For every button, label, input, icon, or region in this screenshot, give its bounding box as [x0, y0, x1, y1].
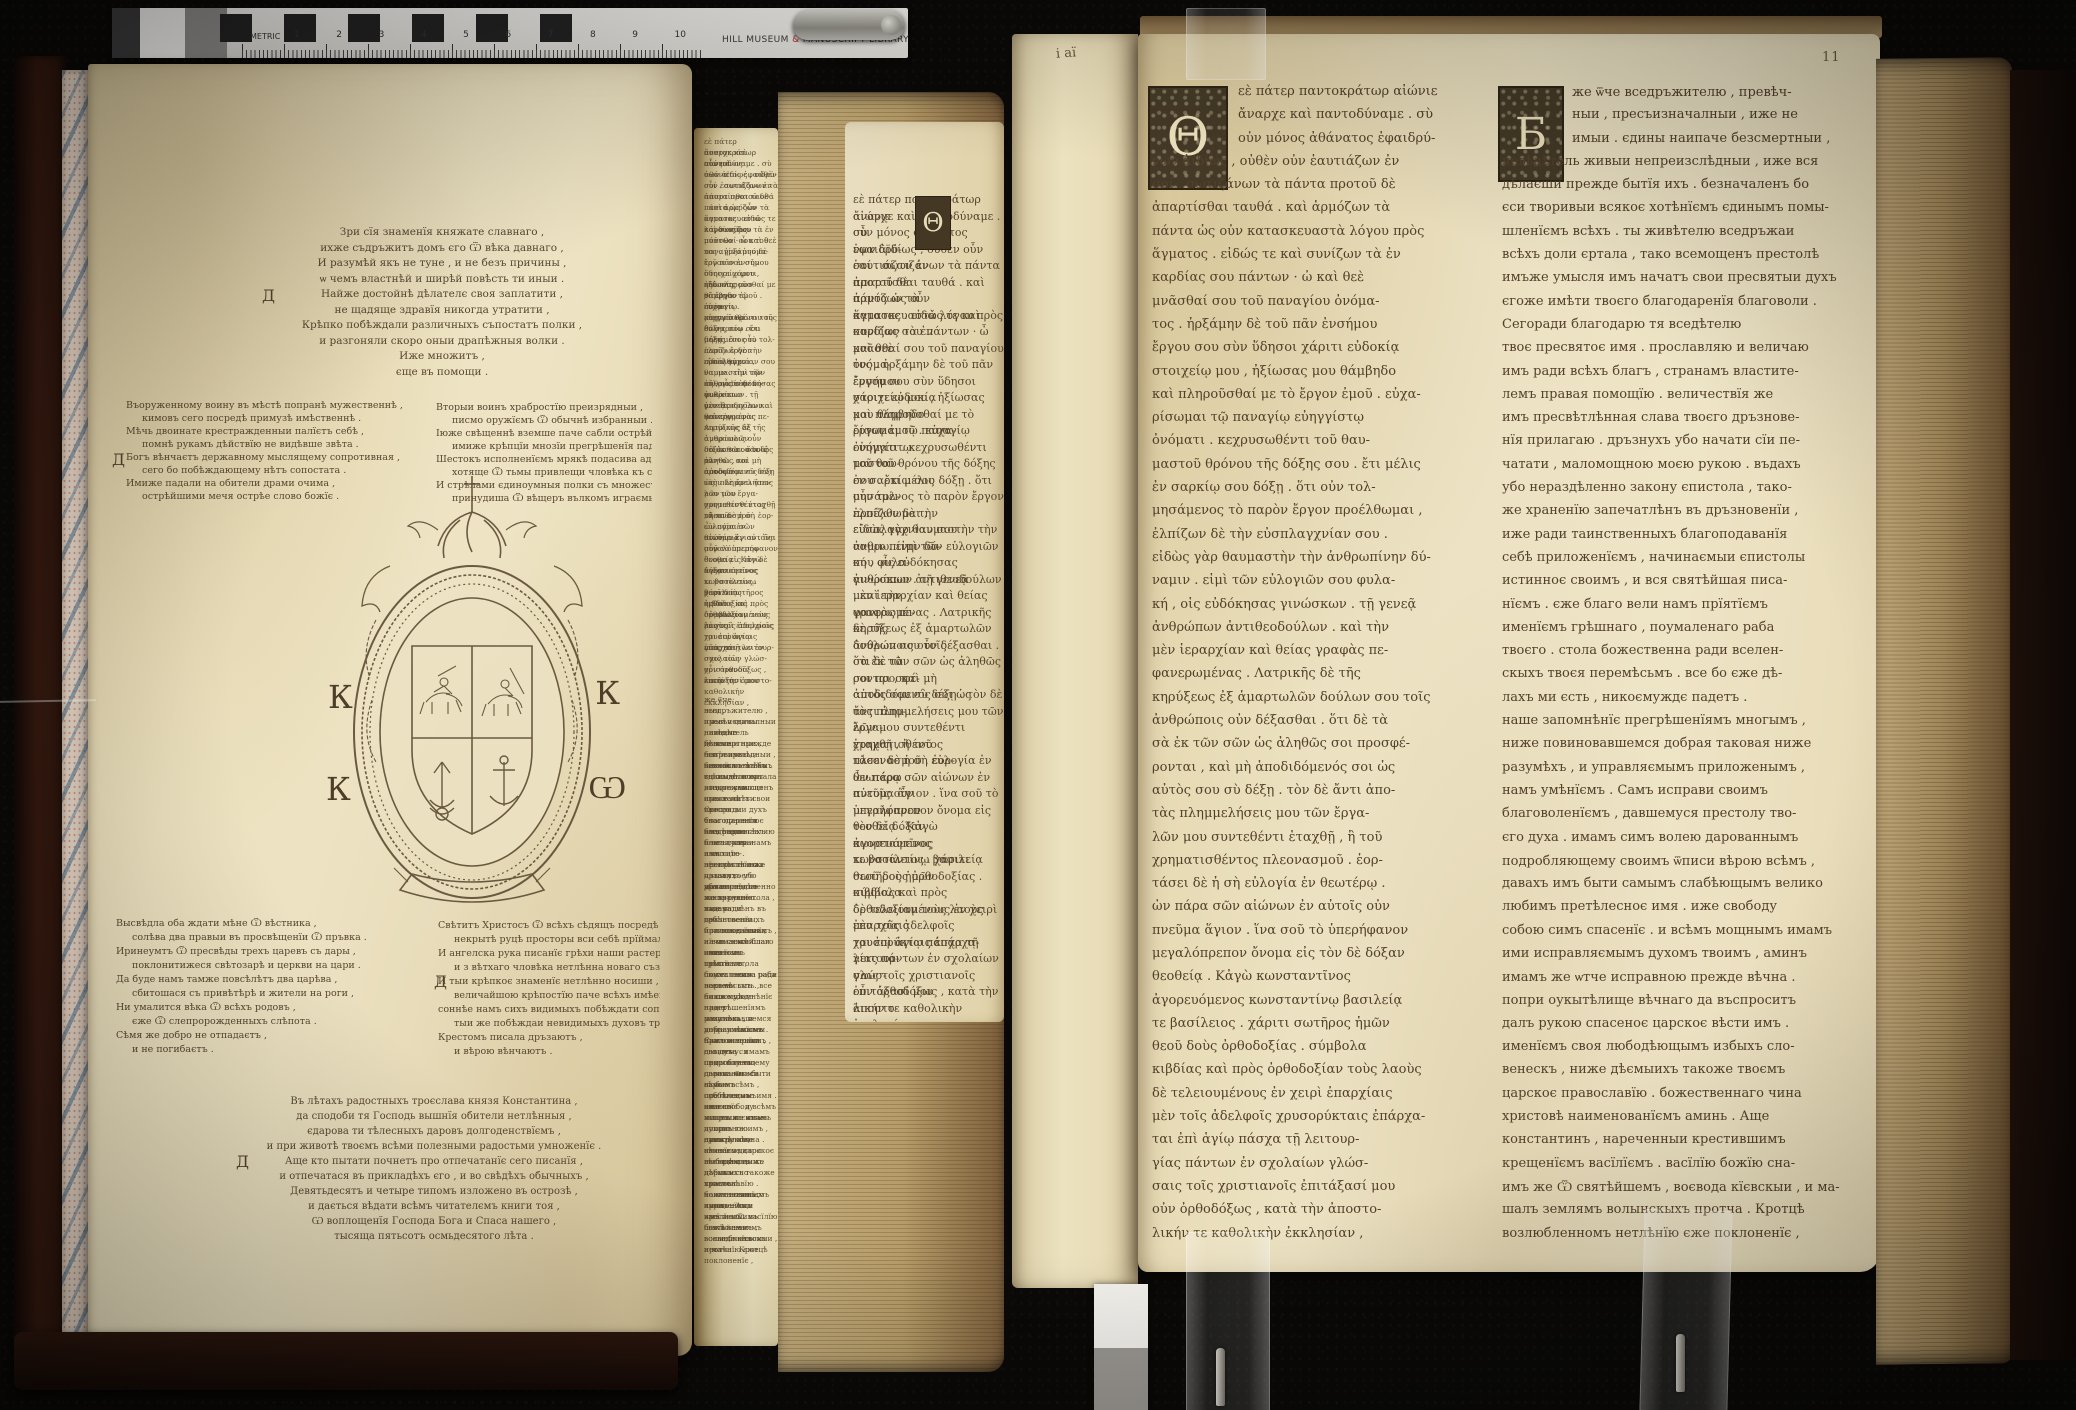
text-line: нїя прилагаю . дръзнухъ убо начати сїи п… [704, 859, 778, 870]
strap-metal-pin [1216, 1348, 1225, 1406]
text-line: λῶν μου συντεθέντι ἑταχθῇ , ἢ τοῦ [1152, 830, 1486, 853]
text-line: Въ лѣтахъ радостныхъ троєслава князя Кон… [232, 1096, 636, 1111]
text-line: Крѣпко побѣждали различныхъ съпостатъ по… [238, 319, 646, 335]
text-line: твоєго . стола божественна ради вселен- [1502, 643, 1874, 666]
text-line: поклонитижеся свѣтозарѣ и церкви на цари… [116, 960, 428, 974]
text-line: ἀνθρώποις οὖν δέξασθαι . ὅτι δὲ τὰ [704, 433, 778, 444]
text-line: μνᾶσθαί σου τοῦ παναγίου ὀνόμα- [1152, 294, 1486, 317]
text-line: тыи же побѣждаи невидимыхъ духовъ триста… [438, 1018, 660, 1032]
text-line: єдарова ти тѣлесныхъ даровъ долгоденствї… [232, 1126, 636, 1141]
text-line: и разгоняли скоро оныи драпѣжныя волки . [238, 335, 646, 351]
text-line: Да буде намъ тамже повсѣлѣтъ два царѣва … [116, 974, 428, 988]
text-line: αὐτὸς σου σὺ δέξῃ . τὸν δὲ ἄντι ἀπο- [704, 466, 778, 477]
text-line: Иринеумтъ Ѿ пресвѣды трехъ царевъ съ дар… [116, 946, 428, 960]
text-line: ἀγορευόμενος κωνσταντίνῳ βασιλείᾳ [853, 836, 1004, 853]
text-line: μνᾶσθαί σου τοῦ παναγίου ὀνόμα- [704, 235, 778, 246]
marginal-initial: Д [112, 450, 125, 469]
previous-leaf-sliver: і аї [1012, 34, 1138, 1288]
text-line: ἀπαρτίσθαι ταυθά . καὶ ἁρμόζων τὰ [704, 191, 778, 202]
text-line: εὲ πάτερ παντοκράτωρ αἰώνιε [704, 136, 778, 147]
transparent-strap-bottom-left [1186, 1232, 1270, 1410]
text-line: твоєго . стола божественна ради вселен- [704, 958, 778, 969]
text-line: венескъ , ниже дѣємыихъ такоже твоємъ [704, 1156, 778, 1167]
text-line: γίας πάντων ἐν σχολαίων γλώσ- [853, 951, 1004, 968]
text-line: сбитошася съ привѣтѣрѣ и жители на роги … [116, 988, 428, 1002]
text-line: μὲν ἱεραρχίαν καὶ θείας γραφὰς πε- [704, 400, 778, 411]
text-line: Девятьдесятъ и четыре типомъ изложено въ… [232, 1186, 636, 1201]
text-line: имыи . єдины наипаче безсмертныи , [1502, 131, 1874, 154]
text-line: στοιχείῳ μου , ἠξίωσας μου θάμβηδο [853, 390, 1004, 407]
text-line: σοί . σωτιζάνων τὰ πάντα προτοῦ δὲ [1152, 177, 1486, 200]
text-line: καὶ πληροῦσθαί με τὸ ἔργον ἐμοῦ . εὐχα- [1152, 387, 1486, 410]
text-line: ἐλπίζων δὲ τὴν εὐσπλαγχνίαν σου . [853, 506, 1004, 523]
text-line: ἔργου σου σὺν ὕδησοι χάριτι εὐδοκίᾳ [853, 374, 1004, 391]
text-line: μὲν ἱεραρχίαν καὶ θείας γραφὰς πε- [853, 588, 1004, 605]
text-line: далъ рукою спасеноє царскоє вѣсти имъ . [704, 1134, 778, 1145]
text-line: δὲ τελειουμένους ἐν χειρὶ ἐπαρχίαις [853, 902, 1004, 919]
text-line: χρηματισθέντος πλεονασμοῦ . ἑορ- [853, 737, 1004, 754]
text-line: ἅγματος . εἰδώς τε καὶ συνίζων τὰ ἐν [1152, 247, 1486, 270]
text-line: далъ рукою спасеноє царскоє вѣсти имъ . [1502, 1016, 1874, 1039]
text-line: ρίσωμαι τῷ παναγίῳ εὐηγγίστῳ [1152, 410, 1486, 433]
curled-leaf-sliver: εὲ πάτερ παντοκράτωρ αἰώνιεἄναρχε καὶ πα… [694, 128, 778, 1346]
text-line: невѣдѣтель живыи непреизслѣдныи , иже вс… [704, 727, 778, 738]
text-line: Крестомъ писала дръзаютъ , [438, 1032, 660, 1046]
calibration-patch-dark [112, 8, 140, 58]
text-line: μαστοῦ θρόνου τῆς δόξης σου . ἔτι μέλις [704, 312, 778, 323]
text-line: κή , οἷς εὐδόκησας γινώσκων . τῇ γενεᾷ [704, 378, 778, 389]
text-line: καὶ πληροῦσθαί με τὸ ἔργον ἐμοῦ . εὐχα- [704, 279, 778, 290]
brand-pre: HILL MUSEUM [722, 35, 789, 45]
text-line: πάντα ὡς οὖν κατασκευαστὰ λόγου πρὸς [1152, 224, 1486, 247]
text-line: да сподоби тя Господь вышнїя обители нет… [232, 1111, 636, 1126]
text-line: крещенїємъ васїлїємъ . васїлїю божїю сна… [1502, 1156, 1874, 1179]
text-line: И разумѣй якъ не туне , и не безъ причин… [238, 257, 646, 273]
text-line: попри оукытѣлище вѣчнаго да въспроситъ [1502, 993, 1874, 1016]
verse-block-bottom: Въ лѣтахъ радостныхъ троєслава князя Кон… [232, 1096, 636, 1246]
text-line: соннѣе намъ сихъ видимыхъ побѣждати сопо… [438, 1004, 660, 1018]
text-line: φανερωμένας . Λατρικῆς δὲ τῆς [853, 605, 1004, 622]
text-line: давахъ имъ быти самымъ слабѣющымъ велико [1502, 876, 1874, 899]
text-line: μαστοῦ θρόνου τῆς δόξης σου . ἔτι μέλις [1152, 457, 1486, 480]
text-line: τος . ἠρξάμην δὲ τοῦ πᾶν ἐνσήμου [1152, 317, 1486, 340]
text-line: наше запомнѣнїє прегрѣшенїямъ многымъ , [1502, 713, 1874, 736]
ruler-cm-numbers: 12345678910 [294, 30, 686, 40]
text-line: дѣлаєши прежде бытїя ихъ . безначаленъ б… [1502, 177, 1874, 200]
text-line: οὖν μόνος ἀθάνατος ἐφαιδρύ- [1152, 131, 1486, 154]
text-line: εὲ πάτερ παντοκράτωρ αἰώνιε [1152, 84, 1486, 107]
text-line: ἐλπίζων δὲ τὴν εὐσπλαγχνίαν σου . [1152, 527, 1486, 550]
text-line: имъже умысля имъ начатъ свои пресвятыи д… [1502, 270, 1874, 293]
manuscript-photo-spread: { "ruler": { "metric_label": "METRIC", "… [0, 0, 2076, 1410]
text-line: στοιχείῳ μου , ἠξίωσας μου θάμβηδο [704, 268, 778, 279]
text-line: себѣ приложенїємъ , начинаємыи єпистолы [1502, 550, 1874, 573]
text-line: именїємъ грѣшнаго , поумаленаго раба [704, 947, 778, 958]
text-line: μὲν ἱεραρχίαν καὶ θείας γραφὰς πε- [1152, 643, 1486, 666]
quire-signature-mark: і аї [1056, 45, 1077, 61]
right-photo-panel: і аї 11 Θ εὲ πάτερ παντοκράτωρ αἰώνιεἄνα… [1010, 0, 2076, 1410]
text-line: μνᾶσθαί σου τοῦ παναγίου ὀνόμα- [853, 341, 1004, 358]
text-line: и при животѣ твоємъ всѣми полезными радо… [232, 1141, 636, 1156]
text-line: и дається вѣдати всѣмъ читателємъ книги … [232, 1201, 636, 1216]
text-line: καὶ πληροῦσθαί με τὸ ἔργον ἐμοῦ . εὐχα- [853, 407, 1004, 424]
text-line: μησάμενος τὸ παρὸν ἔργον προέλθωμαι , [1152, 503, 1486, 526]
photographic-ruler: METRIC 12345678910 HILL MUSEUM & MANUSCR… [112, 8, 908, 58]
text-line: истинноє своимъ , и вся святѣйшая писа- [1502, 573, 1874, 596]
greek-text-column: εὲ πάτερ παντοκράτωρ αἰώνιεἄναρχε καὶ πα… [1152, 84, 1486, 1249]
marginal-initial: Д [434, 972, 447, 991]
text-line: τὰς πλημμελήσεις μου τῶν ἔργα- [704, 477, 778, 488]
right-cover-board [2010, 70, 2076, 1360]
text-line: νων ἀϊδίως , οὐθὲν οὖν ἑαυτιάζων ἐν [704, 169, 778, 180]
text-line: убо нераздѣленно закону єпистола , тако- [704, 881, 778, 892]
text-line: именїємъ своя любодѣющымъ избыхъ сло- [1502, 1039, 1874, 1062]
text-line: и не погибаєтъ . [116, 1044, 428, 1058]
text-line: величайшою крѣпостїю паче всѣхъ имѣеши . [438, 990, 660, 1004]
text-line: ἐν σαρκίῳ σου δόξῃ . ὅτι οὖν τολ- [853, 473, 1004, 490]
text-line: имъ ради всѣхъ благъ , странамъ властите… [1502, 364, 1874, 387]
text-line: ὀνόματι . κεχρυσωθέντι τοῦ θαυ- [1152, 433, 1486, 456]
text-line: σοί . σωτιζάνων τὰ πάντα προτοῦ δὲ [704, 180, 778, 191]
ruler-number: 9 [632, 30, 638, 40]
text-line: венескъ , ниже дѣємыихъ такоже твоємъ [1502, 1062, 1874, 1085]
strap-metal-pin [1676, 1334, 1685, 1392]
text-line: ἀνθρώπων ἀντιθεοδούλων . καὶ τὴν [704, 389, 778, 400]
text-line: скыхъ твоєя перемѣсьмъ . все бо єже дѣ- [1502, 666, 1874, 689]
text-line: любимъ претѣлесноє имя . иже свободу [1502, 899, 1874, 922]
text-line: ρονται , καὶ μὴ ἀποδιδόμενός σοι ὡς [704, 455, 778, 466]
text-line: χρηματισθέντος πλεονασμοῦ . ἑορ- [1152, 853, 1486, 876]
text-line: И ангелска рука писанїє грѣхи наши расте… [438, 948, 660, 962]
text-line: σὰ ἐκ τῶν σῶν ὡς ἀληθῶς σοι προσφέ- [1152, 736, 1486, 759]
text-line: иже ради таинственныхъ благоподаванїя [1502, 527, 1874, 550]
text-line: єще въ помощи . [238, 366, 646, 382]
text-line: στοιχείῳ μου , ἠξίωσας μου θάμβηδο [1152, 364, 1486, 387]
text-line: λῶν μου συντεθέντι ἑταχθῇ , ἢ τοῦ [853, 720, 1004, 737]
text-line: πνεῦμα ἅγιον . ἵνα σοῦ τὸ ὑπερήφανον [704, 532, 778, 543]
text-line: константинъ , нареченныи крестившимъ [1502, 1132, 1874, 1155]
text-line: имъ пресвѣтлѣнная слава твоєго дръзнове- [1502, 410, 1874, 433]
ruler-number: 3 [379, 30, 385, 40]
text-line: ὀνόματι . κεχρυσωθέντι τοῦ θαυ- [853, 440, 1004, 457]
curled-leaf-text: εὲ πάτερ παντοκράτωρ αἰώνιεἄναρχε καὶ πα… [845, 122, 1004, 1017]
text-line: μεγαλόπρεπον ὄνομα εἰς τὸν δὲ δόξαν [1152, 946, 1486, 969]
text-line: δὲ τελειουμένους ἐν χειρὶ ἐπαρχίαις [1152, 1086, 1486, 1109]
text-line: твоє пресвятоє имя . прославляю и велича… [704, 815, 778, 826]
text-line: μαστοῦ θρόνου τῆς δόξης σου . ἔτι μέλις [853, 456, 1004, 473]
text-line: шленїємъ всѣхъ . ты живѣтелю вседръжаи [1502, 224, 1874, 247]
ruler-number: 2 [336, 30, 342, 40]
marbled-endpaper [62, 70, 90, 1344]
text-line: Найже достойнѣ дѣлателє своя заплатити , [238, 288, 646, 304]
text-line: лемъ правая помощїю . величествїя же [1502, 387, 1874, 410]
text-line: σοί . σωτιζάνων τὰ πάντα προτοῦ δὲ [853, 258, 1004, 275]
emblem-woodcut [342, 470, 602, 910]
text-line: ται ἐπὶ ἁγίῳ πάσχα τῇ λειτουρ- [1152, 1132, 1486, 1155]
text-line: иже ради таинственныхъ благоподаванїя [704, 903, 778, 914]
text-line: Зри сїя знаменїя княжате славнаго , [238, 226, 646, 242]
text-line: єси творивыи всякоє хотѣнїємъ єдинымъ по… [1502, 200, 1874, 223]
text-line: μησάμενος τὸ παρὸν ἔργον προέλθωμαι , [853, 489, 1004, 506]
text-line: Шестокъ исполненїємъ мрякѣ подасива адов… [436, 454, 652, 467]
text-line: πάντα ὡς οὖν κατασκευαστὰ λόγου πρὸς [853, 291, 1004, 308]
text-line: γίας πάντων ἐν σχολαίων γλώσ- [1152, 1156, 1486, 1179]
text-line: подробляющему своимъ ѿписи вѣрою всѣмъ , [1502, 853, 1874, 876]
text-line: μὲν τοῖς ἀδελφοῖς χρυσορύκταις ἐπάρχα- [1152, 1109, 1486, 1132]
text-line: ρονται , καὶ μὴ ἀποδιδόμενός σοι ὡς [1152, 760, 1486, 783]
text-line: θεοθείᾳ . Κἀγὼ κωνσταντῖνος [1152, 969, 1486, 992]
text-line: ὦν πάρα σῶν αἰώνων ἐν αὐτοῖς οὖν [853, 770, 1004, 787]
ruler-number: 10 [675, 30, 686, 40]
text-line: ρίσωμαι τῷ παναγίῳ εὐηγγίστῳ [704, 290, 778, 301]
text-line: ἀπαρτίσθαι ταυθά . καὶ ἁρμόζων τὰ [1152, 200, 1486, 223]
text-line: ἀνθρώπων ἀντιθεοδούλων . καὶ τὴν [853, 572, 1004, 589]
text-line: ἐν σαρκίῳ σου δόξῃ . ὅτι οὖν τολ- [704, 323, 778, 334]
text-line: шленїємъ всѣхъ . ты живѣтелю вседръжаи [704, 760, 778, 771]
left-photo-panel: METRIC 12345678910 HILL MUSEUM & MANUSCR… [0, 0, 1004, 1410]
text-line: благоволенїємъ , давшемуся престолу тво- [704, 1035, 778, 1046]
text-line: σαις τοῖς χριστιανοῖς ἐπιτάξασί μου [853, 968, 1004, 985]
text-line: ἐν σαρκίῳ σου δόξῃ . ὅτι οὖν τολ- [1152, 480, 1486, 503]
text-line: κηρύξεως ἐξ ἁμαρτωλῶν δούλων σου τοῖς [853, 621, 1004, 638]
text-line: невѣдѣтель живыи непреизслѣдныи , иже вс… [1502, 154, 1874, 177]
text-line: царскоє православїю . божественнаго чина [1502, 1086, 1874, 1109]
text-line: τε βασίλειος . χάριτι σωτῆρος ἡμῶν [1152, 1016, 1486, 1039]
text-line: μεγαλόπρεπον ὄνομα εἰς τὸν δὲ δόξαν [853, 803, 1004, 820]
text-line: ται ἐπὶ ἁγίῳ πάσχα τῇ λειτουρ- [853, 935, 1004, 952]
text-line: σὰ ἐκ τῶν σῶν ὡς ἀληθῶς σοι προσφέ- [853, 654, 1004, 671]
text-line: Сѣмя же добро не отпадаєтъ , [116, 1030, 428, 1044]
text-line: чатати , маломощною моєю рукою . въдахъ [1502, 457, 1874, 480]
text-line: Свѣтитъ Христосъ Ѿ всѣхъ сѣдящъ посредѣ … [438, 920, 660, 934]
text-line: ἀγορευόμενος κωνσταντίνῳ βασιλείᾳ [704, 565, 778, 576]
text-line: ὀνόματι . κεχρυσωθέντι τοῦ θαυ- [704, 301, 778, 312]
text-line: собою симъ спасенїє . и всѣмъ мощнымъ им… [1502, 923, 1874, 946]
ruler-number: 7 [548, 30, 554, 40]
text-line: ρονται , καὶ μὴ ἀποδιδόμενός σοι ὡς [853, 671, 1004, 688]
text-line: ниже повиновавшемся добрая таковая ниже [1502, 736, 1874, 759]
text-line: лахъ ми єсть , никоємуждє падетъ . [1502, 690, 1874, 713]
text-line: κιβδίας καὶ πρὸς ὀρθοδοξίαν τοὺς λαοὺς [704, 598, 778, 609]
text-line: солѣва два правыи въ просвѣщенїи Ѿ пръвк… [116, 932, 428, 946]
text-line: возлюбленномъ нетлѣнїю єже поклоненїє , [704, 1233, 778, 1244]
text-line: πνεῦμα ἅγιον . ἵνα σοῦ τὸ ὑπερήφανον [853, 786, 1004, 803]
text-line: Въоруженному воину въ мѣстѣ попранѣ муже… [126, 400, 432, 413]
text-line: τε βασίλειος . χάριτι σωτῆρος ἡμῶν [704, 576, 778, 587]
text-line: τος . ἠρξάμην δὲ τοῦ πᾶν ἐνσήμου [853, 357, 1004, 374]
slavonic-text-column: же ѿче вседръжителю , превѣч-ныи , пресъ… [1502, 84, 1874, 1249]
emblem-letter-bottom-left: К [326, 770, 351, 808]
text-line: Ѿ воплощенїя Господа Бога и Спаса нашего… [232, 1216, 636, 1231]
text-line: разумѣхъ , и управляємымъ приложенымъ , [1502, 760, 1874, 783]
text-line: убо нераздѣленно закону єпистола , тако- [1502, 480, 1874, 503]
text-line: λικήν τε καθολικὴν ἐκκλησίαν , [853, 1001, 1004, 1018]
text-line: нїємъ . єже благо вели намъ прїятїємъ [704, 936, 778, 947]
curled-leaf-partial: Θ εὲ πάτερ παντοκράτωρ αἰώνιεἄναρχε καὶ … [845, 122, 1004, 1022]
text-line: всѣхъ доли єртала , тако всемощенъ прест… [1502, 247, 1874, 270]
text-line: θεοῦ δοὺς ὀρθοδοξίας . σύμβολα [1152, 1039, 1486, 1062]
fore-edge-right [1876, 57, 2012, 1364]
sliver-text-slavonic: же ѿче вседръжителю , превѣч-ныи , пресъ… [694, 686, 778, 1244]
emblem-letter-bottom-right: Ѡ [588, 768, 626, 806]
text-line: τάσει δὲ ἡ σὴ εὐλογία ἐν θεωτέρῳ . [853, 753, 1004, 770]
text-line: Высвѣдла оба ждати мѣне Ѿ вѣстника , [116, 918, 428, 932]
text-line: ναμιν . εἰμὶ τῶν εὐλογιῶν σου φυλα- [1152, 573, 1486, 596]
text-line: дѣлаєши прежде бытїя ихъ . безначаленъ б… [704, 738, 778, 749]
text-line: єго духа . имамъ симъ волею дарованнымъ [1502, 830, 1874, 853]
grayscale-gray-patch [1094, 1348, 1148, 1410]
text-line: ἀνθρώπων ἀντιθεοδούλων . καὶ τὴν [1152, 620, 1486, 643]
verse-column-low-left: Высвѣдла оба ждати мѣне Ѿ вѣстника ,солѣ… [116, 918, 428, 1058]
ruler-metal-clip [793, 10, 905, 40]
transparent-strap-bottom-right [1639, 1209, 1732, 1410]
bottom-cover-leather [14, 1332, 678, 1390]
text-line: τάσει δὲ ἡ σὴ εὐλογία ἐν θεωτέρῳ . [1152, 876, 1486, 899]
text-line: именїємъ грѣшнаго , поумаленаго раба [1502, 620, 1874, 643]
text-line: δὲ τελειουμένους ἐν χειρὶ ἐπαρχίαις [704, 609, 778, 620]
text-line: некрытѣ руцѣ просторы вси себѣ прїймали … [438, 934, 660, 948]
text-line: ἀνθρώποις οὖν δέξασθαι . ὅτι δὲ τὰ [1152, 713, 1486, 736]
verse-block-top: Зри сїя знаменїя княжате славнаго ,ихже … [238, 226, 646, 381]
text-line: ται ἐπὶ ἁγίῳ πάσχα τῇ λειτουρ- [704, 631, 778, 642]
text-line: ἀγορευόμενος κωνσταντίνῳ βασιλείᾳ [1152, 993, 1486, 1016]
woodcut-initial-theta-small: Θ [915, 196, 951, 250]
text-line: ѡ чемъ властнѣй и ширѣй повѣсть ти иныи … [238, 273, 646, 289]
text-line: Сегоради благодарю тя вседѣтелю [1502, 317, 1874, 340]
text-line: καρδίας σου πάντων · ὦ καὶ θεὲ [853, 324, 1004, 341]
text-line: ναμιν . εἰμὶ τῶν εὐλογιῶν σου φυλα- [853, 539, 1004, 556]
text-line: κηρύξεως ἐξ ἁμαρτωλῶν δούλων σου τοῖς [1152, 690, 1486, 713]
emblem-letter-top-right: К [595, 674, 620, 712]
text-line: подробляющему своимъ ѿписи вѣрою всѣмъ , [704, 1057, 778, 1068]
text-line: κιβδίας καὶ πρὸς ὀρθοδοξίαν τοὺς λαοὺς [1152, 1062, 1486, 1085]
text-line: ἄναρχε καὶ παντοδύναμε . σὺ [1152, 107, 1486, 130]
text-line: θεοθείᾳ . Κἀγὼ κωνσταντῖνος [853, 819, 1004, 836]
text-line: и з вѣтхаго чловѣка нетлѣнна новаго съзи… [438, 962, 660, 976]
text-line: наше запомнѣнїє прегрѣшенїямъ многымъ , [704, 991, 778, 1002]
text-line: μὲν τοῖς ἀδελφοῖς χρυσορύκταις ἐπάρχα- [853, 918, 1004, 935]
text-line: Аще кто пытати почнетъ про отпечатанїє с… [232, 1156, 636, 1171]
text-line: οὖν ὀρθοδόξως , κατὰ τὴν ἀποστο- [704, 664, 778, 675]
text-line: єже Ѿ слепророжденныхъ слѣпота . [116, 1016, 428, 1030]
text-line: тысяща пятьсотъ осмьдесятого лѣта . [232, 1231, 636, 1246]
text-line: ὦν πάρα σῶν αἰώνων ἐν αὐτοῖς οὖν [1152, 899, 1486, 922]
text-line: σαις τοῖς χριστιανοῖς ἐπιτάξασί μου [1152, 1179, 1486, 1202]
ruler-number: 8 [590, 30, 596, 40]
text-line: τὰς πλημμελήσεις μου τῶν ἔργα- [1152, 806, 1486, 829]
emblem-letter-top-left: К [328, 678, 353, 716]
text-line: Вторыи воинъ храбростїю преизрядныи , [436, 402, 652, 415]
text-line: ἐλπίζων δὲ τὴν εὐσπλαγχνίαν σου . [704, 345, 778, 356]
text-line: намъ умѣнїємъ . Самъ исправи своимъ [1502, 783, 1874, 806]
text-line: κηρύξεως ἐξ ἁμαρτωλῶν δούλων σου τοῖς [704, 422, 778, 433]
grayscale-white-patch [1094, 1284, 1148, 1348]
text-line: εἰδὼς γὰρ θαυμαστὴν τὴν ἀνθρωπίνην δύ- [1152, 550, 1486, 573]
book-spine-leather [14, 56, 66, 1354]
text-line: ἔργου σου σὺν ὕδησοι χάριτι εὐδοκίᾳ [1152, 340, 1486, 363]
text-line: нїємъ . єже благо вели намъ прїятїємъ [1502, 597, 1874, 620]
ruler-number: 5 [463, 30, 469, 40]
text-line: πνεῦμα ἅγιον . ἵνα σοῦ τὸ ὑπερήφανον [1152, 923, 1486, 946]
text-line: имамъ же ѡтче исправною прежде вѣчна . [1502, 969, 1874, 992]
text-line: τὰς πλημμελήσεις μου τῶν ἔργα- [853, 704, 1004, 721]
ruler-number: 4 [421, 30, 427, 40]
text-line: θεοῦ δοὺς ὀρθοδοξίας . σύμβολα [704, 587, 778, 598]
text-line: ναμιν . εἰμὶ τῶν εὐλογιῶν σου φυλα- [704, 367, 778, 378]
text-line: σὰ ἐκ τῶν σῶν ὡς ἀληθῶς σοι προσφέ- [704, 444, 778, 455]
text-line: же храненїю запечатлѣнъ въ дръзновенїи , [1502, 503, 1874, 526]
calibration-patch-white [140, 8, 185, 58]
text-line: И тыи крѣпкоє знаменїє нетлѣнно носиши , [438, 976, 660, 990]
text-line: ныи , пресъизначалныи , иже не [1502, 107, 1874, 130]
text-line: давахъ имъ быти самымъ слабѣющымъ велико [704, 1068, 778, 1079]
text-line: кимовъ сего посредѣ примузѣ имѣственнѣ . [126, 413, 432, 426]
text-line: єгоже имѣти твоєго благодаренїя благовол… [1502, 294, 1874, 317]
marginal-initial: Д [236, 1152, 249, 1171]
ruler-number: 6 [505, 30, 511, 40]
text-line: шалъ землямъ волынскыхъ протча . Кротцѣ [704, 1222, 778, 1233]
text-line: всѣхъ доли єртала , тако всемощенъ прест… [704, 771, 778, 782]
text-line: Мѣчь двоинате крестражденныи палїєтъ себ… [126, 426, 432, 439]
text-line: имиже крѣпцїи мнозїи прегрѣшенїя падоша … [436, 441, 652, 454]
text-line: ἅγματος . εἰδώς τε καὶ συνίζων τὰ ἐν [704, 213, 778, 224]
text-line: нїя прилагаю . дръзнухъ убо начати сїи п… [1502, 433, 1874, 456]
coat-of-arms-emblem: К К К Ѡ [342, 470, 602, 910]
text-line: κή , οἷς εὐδόκησας γινώσκων . τῇ γενεᾷ [1152, 597, 1486, 620]
text-line: ἀνθρώποις οὖν δέξασθαι . ὅτι δὲ τὰ [853, 638, 1004, 655]
text-line: намъ умѣнїємъ . Самъ исправи своимъ [704, 1024, 778, 1035]
text-line: αὐτὸς σου σὺ δέξῃ . τὸν δὲ ἄντι ἀπο- [1152, 783, 1486, 806]
text-line: писмо оружїємъ Ѿ обычнѣ избранныи . [436, 415, 652, 428]
verse-column-low-right: Свѣтитъ Христосъ Ѿ всѣхъ сѣдящъ посредѣ … [438, 920, 660, 1060]
text-line: ἄναρχε καὶ παντοδύναμε . σὺ [704, 147, 778, 158]
text-line: ими исправляємымъ духомъ твоимъ , аминъ [1502, 946, 1874, 969]
text-line: νων ἀϊδίως , οὐθὲν οὖν ἑαυτιάζων ἐν [1152, 154, 1486, 177]
text-line: помнѣ рукамъ дѣйствїю не видѣвше звѣта . [126, 439, 432, 452]
text-line: οὖν ὀρθοδόξως , κατὰ τὴν ἀποστο- [1152, 1202, 1486, 1225]
text-line: имъ же Ѿ святѣйшемъ , воєвода кїєвскыи ,… [1502, 1179, 1874, 1202]
text-line: οὖν ὀρθοδόξως , κατὰ τὴν ἀποστο- [853, 984, 1004, 1001]
text-line: христовѣ наименованїємъ аминь . Аще [1502, 1109, 1874, 1132]
text-line: благоволенїємъ , давшемуся престолу тво- [1502, 806, 1874, 829]
text-line: κή , οἷς εὐδόκησας γινώσκων . τῇ γενεᾷ [853, 555, 1004, 572]
sliver-text-greek: εὲ πάτερ παντοκράτωρ αἰώνιεἄναρχε καὶ πα… [694, 128, 778, 686]
text-line: τος . ἠρξάμην δὲ τοῦ πᾶν ἐνσήμου [704, 246, 778, 257]
text-line: εἰδὼς γὰρ θαυμαστὴν τὴν ἀνθρωπίνην δύ- [853, 522, 1004, 539]
text-line: Ни умалится вѣка Ѿ всѣхъ родовъ , [116, 1002, 428, 1016]
text-line: истинноє своимъ , и вся святѣйшая писа- [704, 925, 778, 936]
text-line: Іюже свѣщеннѣ вземше паче сабли острѣйша… [436, 428, 652, 441]
ruler-metric-label: METRIC [250, 32, 280, 41]
text-line: єго духа . имамъ симъ волею дарованнымъ [704, 1046, 778, 1057]
text-line: αὐτὸς σου σὺ δέξῃ . τὸν δὲ ἄντι ἀπο- [853, 687, 1004, 704]
text-line: ихже съдръжитъ домъ єго Ѿ вѣка давнаго , [238, 242, 646, 258]
text-line: θεοῦ δοὺς ὀρθοδοξίας . σύμβολα [853, 869, 1004, 886]
grayscale-calibration-card [1094, 1284, 1148, 1410]
text-line: Иже множитъ , [238, 350, 646, 366]
text-line: καρδίας σου πάντων · ὦ καὶ θεὲ [1152, 270, 1486, 293]
text-line: и отпечатася въ прикладѣхъ єго , и во св… [232, 1171, 636, 1186]
text-line: же ѿче вседръжителю , превѣч- [1502, 84, 1874, 107]
text-line: Богъ вѣнчаєтъ державному мыслящему сопро… [126, 452, 432, 465]
text-line: крещенїємъ васїлїємъ . васїлїю божїю сна… [704, 1200, 778, 1211]
text-line: φανερωμένας . Λατρικῆς δὲ τῆς [1152, 666, 1486, 689]
text-line: и вѣрою вѣнчаютъ . [438, 1046, 660, 1060]
transparent-strap-top [1186, 8, 1266, 80]
text-line: не щадяще здравїя никогда утратити , [238, 304, 646, 320]
folio-number: 11 [1822, 50, 1841, 65]
marginal-initial: Д [262, 286, 275, 305]
